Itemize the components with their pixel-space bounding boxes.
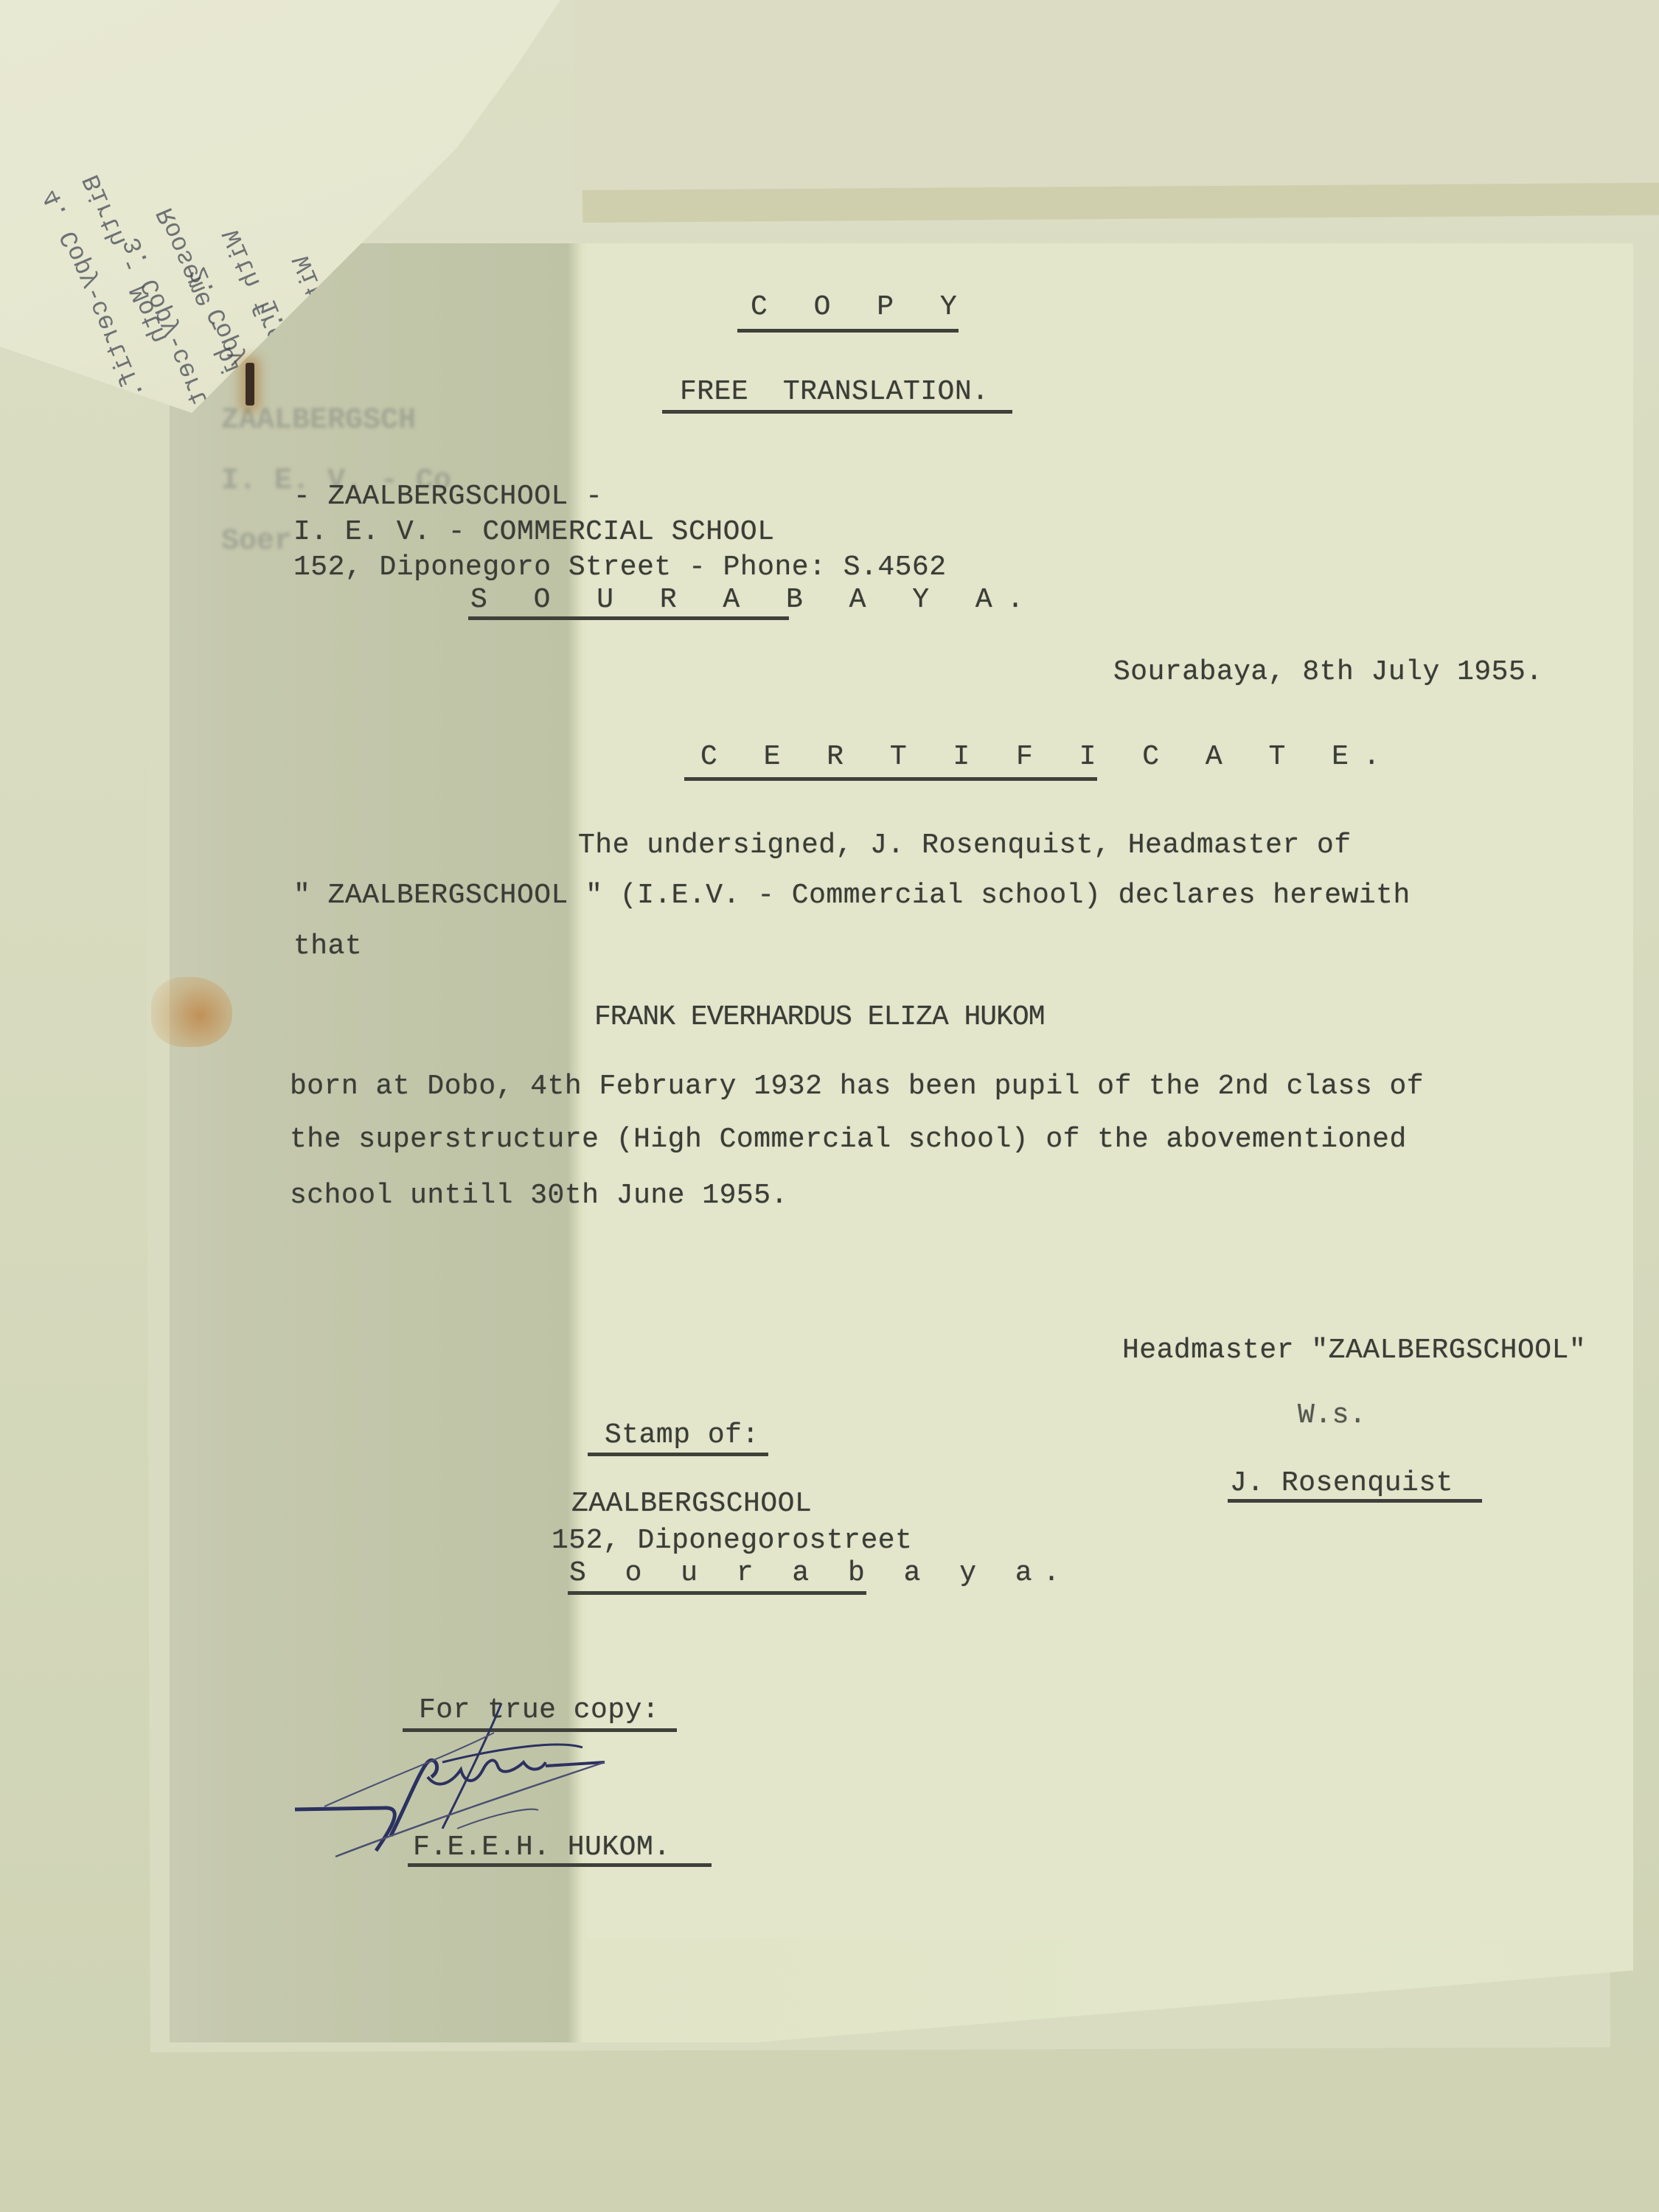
stamp-label: Stamp of: [605, 1419, 759, 1451]
signatory-name: J. Rosenquist [1230, 1467, 1453, 1499]
certificate-title-underline [684, 777, 1097, 781]
free-translation-heading: FREE TRANSLATION. [680, 376, 989, 408]
background-sheet-top [575, 0, 1659, 193]
stamp-label-underline [588, 1453, 768, 1456]
free-translation-underline [662, 410, 1012, 414]
signatory-name-underline [1228, 1499, 1482, 1503]
body-para1-line2: " ZAALBERGSCHOOL " (I.E.V. - Commercial … [293, 880, 1411, 911]
stamp-school-name: ZAALBERGSCHOOL [571, 1488, 812, 1520]
date-line: Sourabaya, 8th July 1955. [1113, 656, 1543, 688]
copy-heading-underline [737, 329, 959, 333]
bleed-line-1: ZAALBERGSCH [221, 391, 451, 451]
body-para2-line1: born at Dobo, 4th February 1932 has been… [290, 1071, 1424, 1102]
stamp-address: 152, Diponegorostreet [552, 1525, 912, 1557]
signatory-title: Headmaster "ZAALBERGSCHOOL" [1122, 1335, 1586, 1366]
certificate-title: C E R T I F I C A T E. [700, 741, 1395, 773]
body-para2-line3: school untill 30th June 1955. [290, 1180, 788, 1211]
body-para1-line3: that [293, 931, 362, 962]
copy-heading: C O P Y [751, 291, 972, 323]
body-para1-line1: The undersigned, J. Rosenquist, Headmast… [578, 829, 1352, 861]
student-name: FRANK EVERHARDUS ELIZA HUKOM [594, 1001, 1045, 1033]
letterhead-address: 152, Diponegoro Street - Phone: S.4562 [293, 552, 947, 583]
letterhead-school-name: - ZAALBERGSCHOOL - [293, 481, 602, 512]
true-copy-name-underline [408, 1863, 712, 1867]
rust-stain [151, 977, 232, 1047]
true-copy-name: F.E.E.H. HUKOM. [413, 1832, 671, 1863]
letterhead-school-type: I. E. V. - COMMERCIAL SCHOOL [293, 516, 775, 548]
staple-icon [246, 363, 254, 406]
body-para2-line2: the superstructure (High Commercial scho… [290, 1124, 1407, 1155]
letterhead-city-underline [468, 616, 789, 620]
letterhead-city: S O U R A B A Y A. [470, 584, 1038, 616]
signatory-ws-mark: W.s. [1298, 1399, 1366, 1431]
stamp-city: S o u r a b a y a. [569, 1557, 1071, 1589]
stamp-city-underline [568, 1591, 866, 1595]
